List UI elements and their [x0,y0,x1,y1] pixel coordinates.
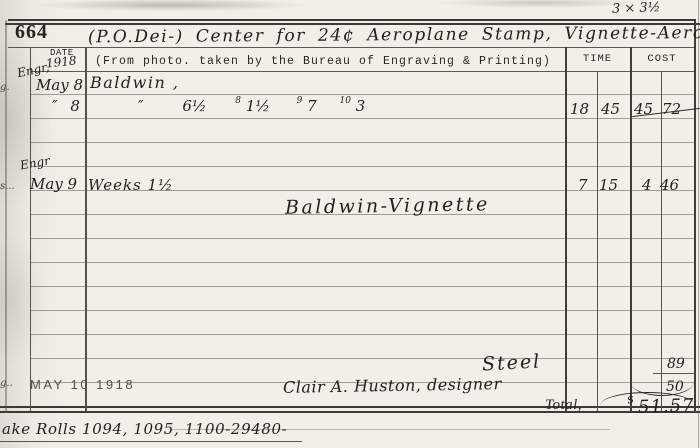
title-underline [8,47,694,48]
steel-cost-cents: 89 [667,356,685,372]
time-column-line [565,47,567,411]
scan-right-edge [698,0,699,448]
time-column-header: TIME [565,53,630,65]
day-superscript-4: 10 [340,96,351,106]
cost-column-line [630,47,632,411]
vignette-note: Baldwin-Vignette [285,193,490,219]
received-date-stamp: MAY 10 1918 [30,377,135,392]
footer-rolls-note: ake Rolls 1094, 1095, 1100-29480- [2,420,287,438]
steel-cost-underline [653,373,695,374]
footer-note-underline [0,441,302,442]
may9-cost-dollars: 4 [642,176,652,194]
cost-subdivider-line [661,71,662,411]
hours-value-3: 7 [307,97,317,115]
day-superscript-3: 9 [297,96,303,106]
ledger-card-scan: 3 × 3½ 664 (P.O.Dei-) Center for 24¢ Aer… [0,0,700,448]
card-left-border [5,20,7,413]
year-annotation: 1918 [45,53,77,70]
total-amount: 51.57 [638,395,695,418]
hours-value-1: 6½ [182,97,206,115]
entry-text-may8: Baldwin , [90,73,179,92]
card-number: 664 [15,21,48,44]
hours-ditto-mark: ″ [138,97,144,115]
ditto-time-hours: 18 [570,100,589,118]
edge-mark-3: g.. [0,378,13,389]
entry-text-may9: Weeks 1½ [88,176,174,194]
card-top-border-outer [8,19,696,21]
total-label: Total, [545,397,582,414]
card-bottom-border-outer [0,406,700,408]
entry-hours-row: ″ 6½ 8 1½ 9 7 10 3 [138,96,365,115]
may9-time-minutes: 15 [599,176,618,194]
date-column-line [85,47,87,411]
ditto-cost-cents: 72 [662,100,681,118]
day-superscript-2: 8 [235,96,241,106]
designer-note: Clair A. Huston, designer [283,374,502,397]
margin-column-line [30,47,31,411]
cost-column-header: COST [630,53,694,65]
source-note-header: (From photo. taken by the Bureau of Engr… [95,55,551,68]
entry-date-ditto: ″ 8 [52,97,84,115]
size-note: 3 × 3½ [612,0,661,17]
ruled-row-lines [30,71,694,384]
time-subdivider-line [597,71,598,411]
entry-date-may8: May 8 [36,76,83,94]
hours-value-4: 3 [356,97,366,115]
card-right-border [694,20,696,413]
card-title: (P.O.Dei-) Center for 24¢ Aeroplane Stam… [88,23,700,48]
hours-value-2: 1½ [246,97,270,115]
edge-mark-1: g. [0,82,10,93]
steel-note: Steel [481,350,541,375]
may9-cost-cents: 46 [660,176,679,194]
may9-time-hours: 7 [578,176,588,194]
entry-date-may9: May 9 [30,175,77,193]
ditto-time-minutes: 45 [601,100,620,118]
edge-mark-2: s... [0,181,15,192]
card-bottom-border-inner [0,411,700,413]
